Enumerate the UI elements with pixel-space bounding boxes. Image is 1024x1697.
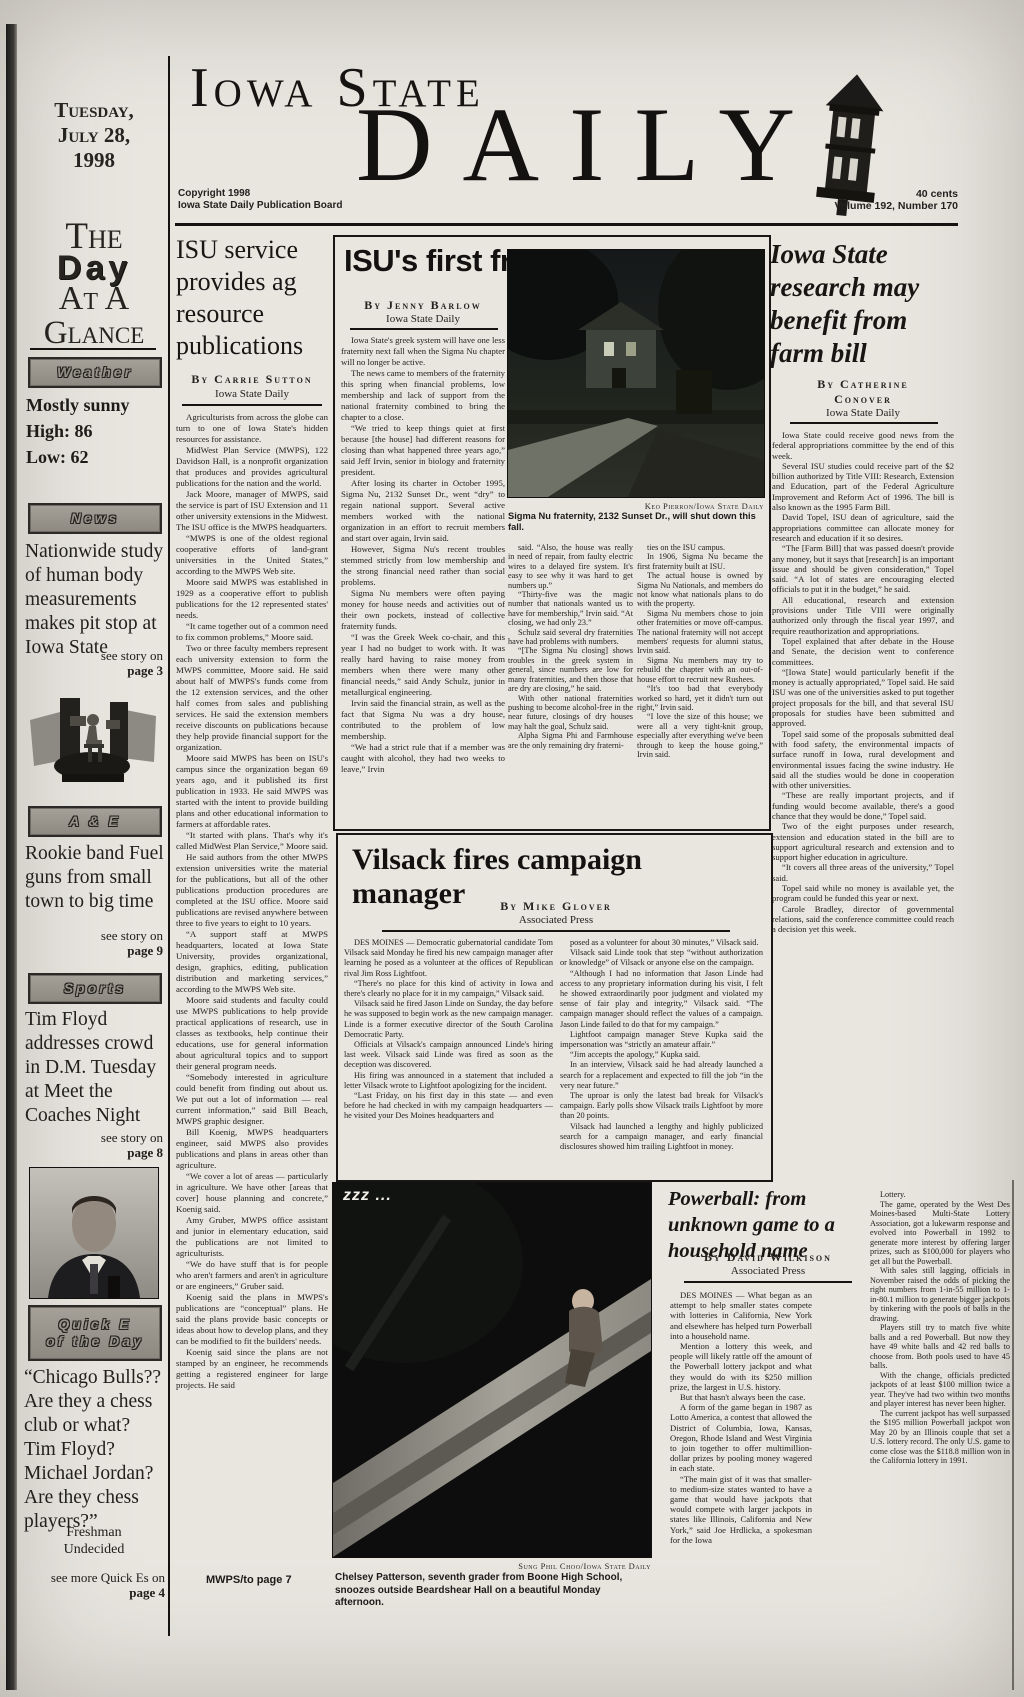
quick-e-see-more: see more Quick Es on page 4	[25, 1570, 165, 1600]
ae-banner-label: A & E	[69, 813, 121, 830]
paragraph: Sigma Nu members chose to join other fra…	[637, 609, 763, 656]
copyright-line: Iowa State Daily Publication Board	[178, 200, 342, 212]
farm-byline-rule	[790, 422, 938, 424]
paragraph: With other national fraternities pushing…	[508, 694, 633, 732]
snooze-photo-caption: Chelsey Patterson, seventh grader from B…	[335, 1572, 651, 1610]
paragraph: Vilsack had launched a lengthy and highl…	[560, 1122, 763, 1153]
paragraph: “We tried to keep things quiet at first …	[341, 423, 505, 478]
paragraph: The actual house is owned by Sigma Nu Na…	[637, 571, 763, 609]
paragraph: “It came together out of a common need t…	[176, 621, 328, 643]
paragraph: Moore said MWPS has been on ISU's campus…	[176, 753, 328, 830]
paragraph: Mostly sunny	[26, 392, 166, 418]
ag-credit: Iowa State Daily	[176, 388, 328, 400]
ag-byline: By Carrie Sutton	[176, 372, 328, 387]
paragraph: Several ISU studies could receive part o…	[772, 461, 954, 512]
tim-floyd-photo	[30, 1168, 158, 1298]
see-story-text: see story on	[25, 648, 163, 663]
paragraph: Sigma Nu members may try to rebuild the …	[637, 656, 763, 684]
paragraph: But that hasn't always been the case.	[670, 1392, 812, 1402]
issue-date: Tuesday, July 28, 1998	[24, 98, 164, 173]
see-story-page: page 8	[25, 1145, 163, 1160]
paragraph: All educational, research and extension …	[772, 595, 954, 636]
fraternity-photo-caption: Sigma Nu fraternity, 2132 Sunset Dr., wi…	[508, 511, 764, 533]
paragraph: Amy Gruber, MWPS office assistant and ju…	[176, 1215, 328, 1259]
paragraph: Irvin said the financial strain, as well…	[341, 698, 505, 742]
paragraph: However, Sigma Nu's recent troubles stem…	[341, 544, 505, 588]
paragraph: Two or three faculty members represent e…	[176, 643, 328, 753]
news-teaser: Nationwide study of human body measureme…	[25, 540, 165, 660]
paragraph: Players still try to match five white ba…	[870, 1323, 1010, 1371]
vilsack-byline-rule	[382, 930, 730, 932]
paragraph: DES MOINES — What began as an attempt to…	[670, 1290, 812, 1341]
paragraph: David Topel, ISU dean of agriculture, sa…	[772, 512, 954, 543]
paragraph: “Last Friday, on his first day in this s…	[344, 1091, 553, 1122]
paragraph: Low: 62	[26, 444, 166, 470]
glance-logo: The Day At A Glance	[24, 220, 164, 351]
see-story-page: page 3	[25, 663, 163, 678]
paragraph: Alpha Sigma Phi and Farmhouse are the on…	[508, 731, 633, 750]
masthead-rule	[175, 223, 958, 226]
scan-right-line	[1012, 1180, 1014, 1690]
paragraph: His firing was announced in a statement …	[344, 1071, 553, 1091]
see-story-page: page 4	[25, 1585, 165, 1600]
date-line: 1998	[24, 148, 164, 173]
paragraph: The current jackpot has well surpassed t…	[870, 1409, 1010, 1466]
paragraph: “Thirty-five was the magic number that n…	[508, 590, 633, 628]
sports-banner-label: Sports	[64, 980, 126, 997]
paragraph: Bill Koenig, MWPS headquarters engineer,…	[176, 1127, 328, 1171]
paragraph: “I was the Greek Week co-chair, and this…	[341, 632, 505, 698]
paragraph: “I love the size of this house; we were …	[637, 712, 763, 759]
paragraph: High: 86	[26, 418, 166, 444]
news-see-story: see story on page 3	[25, 648, 163, 678]
farm-body: Iowa State could receive good news from …	[772, 430, 954, 1108]
date-line: July 28,	[24, 123, 164, 148]
farm-credit: Iowa State Daily	[770, 407, 956, 419]
paragraph: In 1906, Sigma Nu became the first frate…	[637, 552, 763, 571]
snooze-photo: zzz ...	[333, 1183, 651, 1557]
paragraph: After losing its charter in October 1995…	[341, 478, 505, 544]
glance-word: Glance	[24, 315, 164, 351]
measurement-machine-illustration	[26, 690, 160, 790]
powerball-col1: DES MOINES — What began as an attempt to…	[670, 1290, 812, 1690]
sports-see-story: see story on page 8	[25, 1130, 163, 1160]
sidebar-divider	[168, 56, 170, 1636]
paragraph: “It's too bad that everybody worked so h…	[637, 684, 763, 712]
fraternity-credit: Iowa State Daily	[340, 313, 506, 325]
paragraph: Jack Moore, manager of MWPS, said the se…	[176, 489, 328, 533]
paragraph: “Although I had no information that Jaso…	[560, 969, 763, 1030]
ae-teaser: Rookie band Fuel guns from small town to…	[25, 842, 165, 914]
paragraph: Undecided	[24, 1541, 164, 1558]
weather-summary: Mostly sunnyHigh: 86Low: 62	[26, 392, 166, 470]
fraternity-col3: ties on the ISU campus.In 1906, Sigma Nu…	[637, 543, 763, 822]
powerball-byline: By David Wilkison	[668, 1250, 868, 1265]
paragraph: “We do have stuff that is for people who…	[176, 1259, 328, 1292]
price-volume-block: 40 cents Volume 192, Number 170	[760, 188, 958, 212]
paragraph: The news came to members of the fraterni…	[341, 368, 505, 423]
paragraph: said. “Also, the house was really in nee…	[508, 543, 633, 590]
paragraph: Sigma Nu members were often paying money…	[341, 588, 505, 632]
paragraph: Officials at Vilsack's campaign announce…	[344, 1040, 553, 1071]
paragraph: He said authors from the other MWPS exte…	[176, 852, 328, 929]
fraternity-byline-rule	[350, 328, 498, 330]
paragraph: Vilsack said Linde took that step “witho…	[560, 948, 763, 968]
paragraph: Mention a lottery this week, and people …	[670, 1341, 812, 1392]
sports-banner: Sports	[28, 973, 162, 1004]
paragraph: With sales still lagging, officials in N…	[870, 1266, 1010, 1323]
paragraph: Moore said MWPS was established in 1929 …	[176, 577, 328, 621]
paragraph: DES MOINES — Democratic gubernatorial ca…	[344, 938, 553, 979]
paragraph: Agriculturists from across the globe can…	[176, 412, 328, 445]
price: 40 cents	[760, 188, 958, 200]
paragraph: “The main gist of it was that smaller- t…	[670, 1474, 812, 1545]
news-banner: News	[28, 503, 162, 534]
paragraph: With the change, officials predicted jac…	[870, 1371, 1010, 1409]
paragraph: “A support staff at MWPS headquarters, l…	[176, 929, 328, 995]
paragraph: “It started with plans. That's why it's …	[176, 830, 328, 852]
quick-e-quote: “Chicago Bulls?? Are they a chess club o…	[24, 1366, 166, 1534]
paragraph: Iowa State could receive good news from …	[772, 430, 954, 461]
paragraph: “MWPS is one of the oldest regional coop…	[176, 533, 328, 577]
fraternity-col2: said. “Also, the house was really in nee…	[508, 543, 633, 822]
paragraph: Koenig said since the plans are not stam…	[176, 1347, 328, 1391]
see-story-page: page 9	[25, 943, 163, 958]
paragraph: Koenig said the plans in MWPS's publicat…	[176, 1292, 328, 1347]
paragraph: Freshman	[24, 1524, 164, 1541]
paragraph: Carole Bradley, director of governmental…	[772, 904, 954, 935]
paragraph: The game, operated by the West Des Moine…	[870, 1200, 1010, 1267]
fraternity-col1: Iowa State's greek system will have one …	[341, 335, 505, 822]
paragraph: Lottery.	[870, 1190, 1010, 1200]
paragraph: Moore said students and faculty could us…	[176, 995, 328, 1072]
paragraph: Schulz said several dry fraternities hav…	[508, 628, 633, 647]
quick-e-banner: Quick Eof the Day	[28, 1305, 162, 1361]
news-banner-label: News	[71, 510, 120, 527]
vilsack-col2: posed as a volunteer for about 30 minute…	[560, 938, 763, 1172]
ag-headline: ISU service provides ag resource publica…	[176, 234, 328, 362]
paragraph: “[Iowa State] would particularly benefit…	[772, 667, 954, 729]
paragraph: “[The Sigma Nu closing] shows troubles i…	[508, 646, 633, 693]
paragraph: Topel said some of the proposals submitt…	[772, 729, 954, 791]
copyright-block: Copyright 1998 Iowa State Daily Publicat…	[178, 188, 342, 212]
quick-e-attribution: FreshmanUndecided	[24, 1524, 164, 1558]
scan-edge-bar	[6, 24, 17, 1690]
vilsack-credit: Associated Press	[436, 914, 676, 926]
date-line: Tuesday,	[24, 98, 164, 123]
paragraph: The uproar is only the latest bad break …	[560, 1091, 763, 1122]
vilsack-byline: By Mike Glover	[436, 899, 676, 914]
paragraph: posed as a volunteer for about 30 minute…	[560, 938, 763, 948]
volume-number: Volume 192, Number 170	[760, 200, 958, 212]
paragraph: Vilsack said he fired Jason Linde on Sun…	[344, 999, 553, 1040]
masthead-title-main: DAILY	[356, 84, 825, 206]
paragraph: Lightfoot campaign manager Steve Kupka s…	[560, 1030, 763, 1050]
paragraph: “We had a strict rule that if a member w…	[341, 742, 505, 775]
ag-byline-rule	[182, 404, 322, 406]
see-story-text: see story on	[25, 928, 163, 943]
fraternity-byline: By Jenny Barlow	[340, 298, 506, 313]
weather-banner-label: Weather	[57, 364, 133, 381]
snooze-photo-credit: Sung Phil Choo/Iowa State Daily	[333, 1561, 651, 1571]
paragraph: “There's no place for this kind of activ…	[344, 979, 553, 999]
paragraph: “It covers all three areas of the univer…	[772, 862, 954, 883]
paragraph: “The [Farm Bill] that was passed doesn't…	[772, 543, 954, 594]
newspaper-front-page: Tuesday, July 28, 1998 Iowa State DAILY …	[0, 0, 1024, 1697]
ag-body: Agriculturists from across the globe can…	[176, 412, 328, 1568]
powerball-credit: Associated Press	[668, 1265, 868, 1277]
paragraph: of the Day	[46, 1333, 144, 1350]
paragraph: Two of the eight purposes under research…	[772, 821, 954, 862]
ag-jump-line: MWPS/to page 7	[206, 1574, 292, 1586]
paragraph: Topel said while no money is available y…	[772, 883, 954, 904]
see-story-text: see story on	[25, 1130, 163, 1145]
glance-word: Day	[24, 253, 164, 283]
see-story-text: see more Quick Es on	[25, 1570, 165, 1585]
paragraph: In an interview, Vilsack said he had alr…	[560, 1060, 763, 1091]
paragraph: MidWest Plan Service (MWPS), 122 Davidso…	[176, 445, 328, 489]
fraternity-photo-credit: Keo Pierron/Iowa State Daily	[508, 501, 764, 511]
ae-see-story: see story on page 9	[25, 928, 163, 958]
sports-teaser: Tim Floyd addresses crowd in D.M. Tuesda…	[25, 1008, 167, 1128]
paragraph: Quick E	[58, 1316, 131, 1333]
paragraph: “Jim accepts the apology,” Kupka said.	[560, 1050, 763, 1060]
paragraph: A form of the game began in 1987 as Lott…	[670, 1402, 812, 1473]
paragraph: Topel explained that after debate in the…	[772, 636, 954, 667]
powerball-byline-rule	[684, 1281, 852, 1283]
ae-banner: A & E	[28, 806, 162, 837]
farm-headline: Iowa State research may benefit from far…	[770, 238, 958, 370]
powerball-col2: Lottery.The game, operated by the West D…	[870, 1190, 1010, 1690]
farm-byline: By Catherine Conover	[796, 377, 930, 407]
paragraph: “Somebody interested in agriculture coul…	[176, 1072, 328, 1127]
weather-banner: Weather	[28, 357, 162, 388]
vilsack-col1: DES MOINES — Democratic gubernatorial ca…	[344, 938, 553, 1172]
paragraph: “We cover a lot of areas — particularly …	[176, 1171, 328, 1215]
paragraph: ties on the ISU campus.	[637, 543, 763, 552]
sigma-nu-house-photo	[508, 250, 764, 497]
copyright-line: Copyright 1998	[178, 188, 342, 200]
glance-word: At A	[24, 283, 164, 315]
paragraph: Iowa State's greek system will have one …	[341, 335, 505, 368]
paragraph: “These are really important projects, an…	[772, 790, 954, 821]
glance-rule	[30, 348, 156, 350]
zzz-label: zzz ...	[343, 1187, 392, 1205]
